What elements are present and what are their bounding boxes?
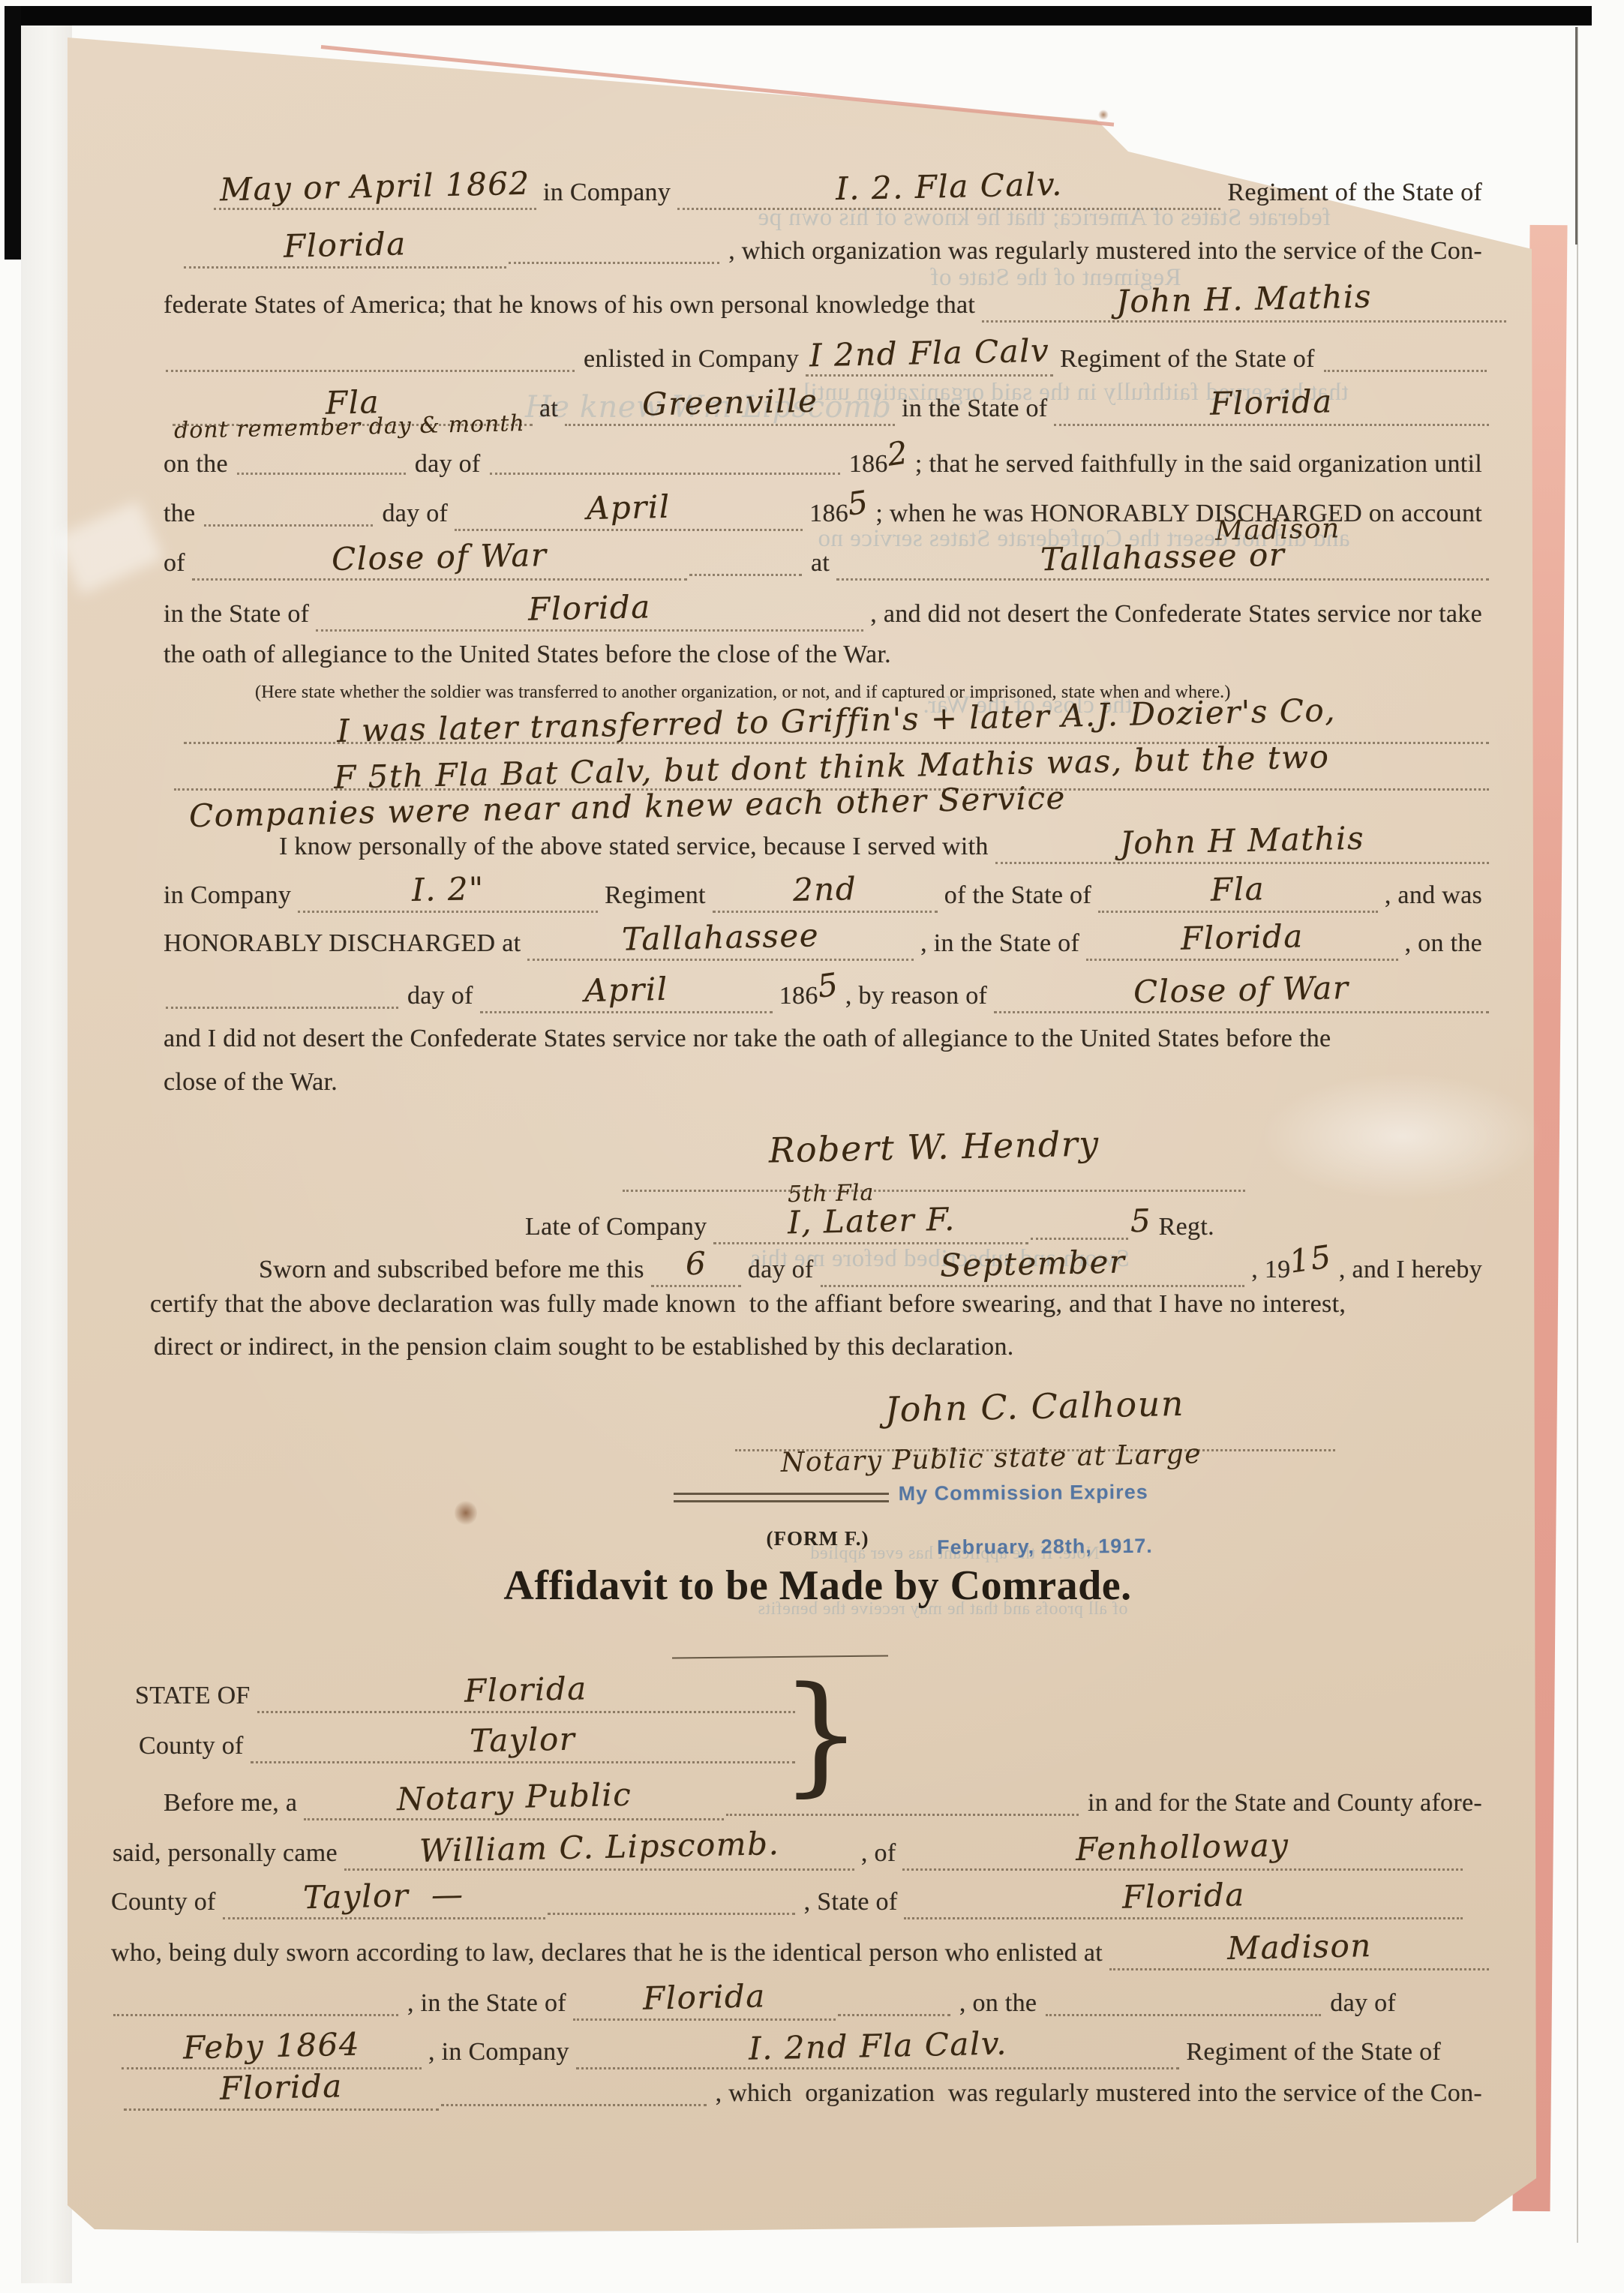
form-line: direct or indirect, in the pension claim… — [154, 1333, 1021, 1361]
handwritten-entry: I 2nd Fla Calv — [809, 332, 1050, 374]
form-line: the oath of allegiance to the United Sta… — [164, 641, 898, 669]
typed-text: the — [164, 500, 202, 528]
handwritten-entry: Tallahassee — [622, 917, 820, 957]
form-line: Companies were near and knew each other … — [189, 791, 1066, 828]
form-line: County of Taylor — [139, 1724, 795, 1763]
typed-text: , and did not desert the Confederate Sta… — [863, 600, 1489, 629]
filled-blank: Florida — [124, 2072, 439, 2111]
filled-blank: Florida — [1054, 387, 1489, 426]
typed-text: Sworn and subscribed before me this — [259, 1256, 651, 1284]
handwritten-entry: 5th Fla — [788, 1180, 875, 1208]
typed-text: , State of — [797, 1888, 905, 1916]
handwritten-entry: I. 2. Fla Calv. — [835, 166, 1063, 207]
filled-blank: Florida — [573, 1982, 836, 2021]
form-line: HONORABLY DISCHARGED at Tallahassee , in… — [164, 922, 1489, 961]
dotted-blank — [204, 523, 373, 527]
handwritten-entry: April — [587, 488, 671, 527]
filled-blank: 6 — [651, 1248, 741, 1287]
typed-text: County of — [111, 1888, 223, 1916]
dotted-blank — [726, 1812, 1079, 1816]
form-line: federate States of America; that he know… — [164, 284, 1506, 323]
filled-blank: William C. Lipscomb. — [344, 1832, 854, 1871]
filled-blank: Close of War — [994, 974, 1489, 1013]
typed-text: I know personally of the above stated se… — [279, 833, 995, 861]
typed-text: , and was — [1378, 881, 1489, 910]
typed-text: , which organization was regularly muste… — [722, 237, 1489, 266]
handwritten-entry: John H Mathis — [1119, 820, 1364, 862]
typed-text: day of — [401, 982, 480, 1010]
typed-text: , on the — [1398, 929, 1489, 958]
scan-glare — [1260, 1073, 1545, 1200]
filled-blank: May or April 1862 — [214, 171, 536, 210]
handwritten-entry: Fla — [1211, 870, 1265, 908]
typed-text: , in Company — [422, 2038, 576, 2066]
filled-blank: John H Mathis — [995, 825, 1489, 864]
handwritten-entry: I. 2" — [411, 870, 485, 908]
handwritten-entry: Robert W. Hendry — [768, 1123, 1100, 1190]
handwritten-entry: Florida — [1180, 917, 1304, 956]
filled-blank: John H. Mathis — [982, 284, 1506, 323]
filled-blank: Florida — [257, 1674, 795, 1713]
handwritten-entry: 2 — [884, 434, 911, 473]
form-line: enlisted in Company I 2nd Fla Calv Regim… — [164, 338, 1489, 377]
typed-text: day of — [375, 500, 455, 528]
signature-robert-w-hendry: Robert W. Hendry — [623, 1130, 1245, 1192]
filled-blank: I. 2" — [298, 874, 598, 913]
filled-blank: Feby 1864 — [122, 2030, 422, 2069]
filled-blank: I, Later F. — [713, 1205, 1028, 1244]
filled-blank: Notary Public — [304, 1781, 724, 1820]
typed-text: and I did not desert the Confederate Sta… — [164, 1025, 1337, 1053]
handwritten-entry: Florida — [528, 588, 652, 627]
dotted-blank — [548, 1911, 795, 1915]
form-line: Florida , which organization was regular… — [184, 230, 1489, 269]
typed-text: close of the War. — [164, 1068, 344, 1097]
interlined-note: dont remember day & month — [174, 417, 525, 443]
form-line: May or April 1862 in Company I. 2. Fla C… — [214, 171, 1489, 210]
typed-text: Late of Company — [525, 1213, 713, 1241]
handwritten-entry: Florida — [1121, 1876, 1245, 1915]
typed-text: Before me, a — [164, 1789, 304, 1817]
typed-text: certify that the above declaration was f… — [150, 1290, 1352, 1319]
typed-text: in and for the State and County afore- — [1081, 1789, 1489, 1817]
filled-blank: Greenville — [565, 387, 895, 426]
form-line: , in the State of Florida , on the day o… — [111, 1982, 1403, 2021]
filled-blank: Taylor — — [223, 1880, 545, 1919]
handwritten-entry: Florida — [464, 1670, 588, 1709]
handwritten-entry: May or April 1862 — [220, 165, 531, 209]
interlined-note: Madison — [1215, 518, 1340, 548]
filled-blank: Florida — [1086, 922, 1398, 961]
filled-blank: I. 2. Fla Calv. — [677, 171, 1220, 210]
dotted-blank — [441, 2102, 707, 2106]
handwritten-entry: 2nd — [793, 870, 857, 908]
typed-text: Regiment of the State of — [1179, 2038, 1448, 2066]
typed-text: , in the State of — [401, 1989, 573, 2018]
handwritten-entry: Greenville — [642, 383, 818, 423]
form-line: I know personally of the above stated se… — [279, 825, 1489, 864]
typed-text: , of — [854, 1839, 903, 1868]
form-line: in Company I. 2" Regiment 2nd of the Sta… — [164, 874, 1489, 913]
handwritten-entry: Florida — [220, 2067, 344, 2106]
typed-text: of — [164, 549, 192, 578]
filled-blank: Fla — [1098, 874, 1378, 913]
form-line: said, personally came William C. Lipscom… — [113, 1832, 1463, 1871]
typed-text: ; that he served faithfully in the said … — [908, 450, 1489, 479]
typed-text: in the State of — [895, 395, 1054, 423]
typed-text: , which organization was regularly muste… — [709, 2079, 1489, 2108]
typed-text: ; when he was HONORABLY DISCHARGED on ac… — [869, 500, 1489, 528]
form-line: STATE OF Florida — [135, 1674, 795, 1713]
typed-text: Regiment of the State of — [1053, 345, 1322, 374]
form-line: close of the War. — [164, 1068, 344, 1097]
typed-text: STATE OF — [135, 1682, 257, 1710]
handwritten-entry: September — [939, 1243, 1125, 1283]
handwritten-entry: Taylor — [470, 1721, 576, 1760]
filled-blank: Taylor — [251, 1724, 795, 1763]
filled-blank: Florida — [184, 230, 506, 269]
form-line: certify that the above declaration was f… — [150, 1290, 1352, 1319]
typed-text: Regt. — [1152, 1213, 1221, 1241]
handwritten-entry: 5 — [845, 483, 872, 522]
dotted-blank — [1031, 1236, 1128, 1240]
typed-text: day of — [741, 1256, 821, 1284]
typed-text: Regiment of the State of — [1220, 179, 1489, 207]
typed-text: in Company — [164, 881, 298, 910]
handwritten-entry: 6 — [685, 1245, 707, 1283]
dotted-blank — [1046, 2012, 1321, 2016]
handwritten-entry: Close of War — [1133, 969, 1349, 1010]
typed-text: day of — [408, 450, 488, 479]
typed-text: in the State of — [164, 600, 316, 629]
filled-blank: Close of War — [192, 542, 687, 581]
dotted-blank — [166, 368, 575, 372]
filled-blank: I 2nd Fla Calv — [806, 338, 1053, 377]
handwritten-entry: Fenholloway — [1076, 1826, 1289, 1868]
typed-text: , in the State of — [914, 929, 1086, 958]
typed-text: HONORABLY DISCHARGED at — [164, 929, 527, 958]
form-line: in the State of Florida , and did not de… — [164, 593, 1489, 632]
form-line: Late of Company I, Later F. 5 Regt. — [525, 1205, 1429, 1244]
filled-blank: September — [821, 1248, 1245, 1287]
typed-text: in Company — [536, 179, 677, 207]
form-line: Feby 1864 , in Company I. 2nd Fla Calv. … — [122, 2030, 1448, 2069]
typed-text: who, being duly sworn according to law, … — [111, 1939, 1109, 1967]
typed-text: , on the — [953, 1989, 1043, 2018]
filled-blank: Tallahassee — [527, 922, 914, 961]
form-line: on the day of 186 2 ; that he served fai… — [164, 443, 1489, 479]
handwritten-entry: Florida — [284, 225, 407, 264]
stamp-line-1: My Commission Expires — [899, 1481, 1148, 1505]
handwritten-entry: William C. Lipscomb. — [419, 1825, 779, 1869]
dotted-blank — [113, 2012, 398, 2016]
double-rule — [674, 1493, 889, 1502]
typed-text: at — [804, 549, 836, 578]
filled-blank: April — [455, 492, 803, 531]
handwritten-entry: 5 — [1130, 1202, 1152, 1240]
filled-blank: 2nd — [713, 874, 938, 913]
typed-text: enlisted in Company — [577, 345, 806, 374]
typed-text: , and I hereby — [1332, 1256, 1489, 1284]
handwritten-entry: Feby 1864 — [182, 2026, 360, 2066]
scanned-pension-document: federate States of America; that he know… — [0, 0, 1624, 2293]
handwritten-entry: Madison — [1226, 1927, 1372, 1967]
dotted-blank — [237, 471, 406, 475]
dotted-blank — [509, 260, 719, 264]
typed-text: County of — [139, 1732, 251, 1760]
typed-text: said, personally came — [113, 1839, 344, 1868]
handwritten-entry: Madison — [1215, 513, 1341, 546]
handwritten-entry: Notary Public — [396, 1776, 632, 1818]
typed-text: of the State of — [938, 881, 1098, 910]
handwritten-entry: Florida — [642, 1977, 766, 2016]
typed-text: on the — [164, 450, 235, 479]
dotted-blank — [1324, 368, 1487, 372]
filled-blank: Tallahassee or — [836, 542, 1489, 581]
filled-blank: I. 2nd Fla Calv. — [576, 2030, 1180, 2069]
form-line: Sworn and subscribed before me this 6 da… — [259, 1248, 1489, 1287]
typed-text: federate States of America; that he know… — [164, 291, 982, 320]
handwritten-entry: Close of War — [332, 536, 548, 578]
typed-text: the oath of allegiance to the United Sta… — [164, 641, 898, 669]
filled-blank: Florida — [904, 1880, 1463, 1919]
typed-text: direct or indirect, in the pension claim… — [154, 1333, 1021, 1361]
form-line: County of Taylor — , State of Florida — [111, 1880, 1463, 1919]
state-county-brace: } — [780, 1674, 862, 1794]
small-stain — [1098, 110, 1109, 120]
ink-stain — [455, 1500, 477, 1526]
handwritten-entry: I. 2nd Fla Calv. — [748, 2024, 1007, 2066]
filled-blank: Madison — [1109, 1931, 1489, 1970]
typed-text: , by reason of — [839, 982, 994, 1010]
typed-text: Regiment — [598, 881, 713, 910]
typed-text: at — [533, 395, 565, 423]
dotted-blank — [166, 1005, 398, 1009]
filled-blank: Fenholloway — [902, 1832, 1463, 1871]
typed-text: day of — [1323, 1989, 1403, 2018]
handwritten-entry: 15 — [1287, 1238, 1334, 1280]
stamp-line-2: February, 28th, 1917. — [937, 1535, 1153, 1559]
dotted-blank — [838, 2012, 950, 2016]
dotted-blank — [490, 471, 840, 475]
handwritten-entry: Taylor — — [303, 1876, 465, 1916]
interlined-note: 5th Fla — [788, 1184, 874, 1210]
handwritten-entry: John H. Mathis — [1116, 278, 1373, 320]
form-line: Florida , which organization was regular… — [124, 2072, 1489, 2111]
handwritten-entry: 5 — [815, 965, 841, 1004]
form-line: who, being duly sworn according to law, … — [111, 1931, 1489, 1970]
filled-blank: Florida — [316, 593, 863, 632]
form-line: day of April 186 5 , by reason of Close … — [164, 974, 1489, 1013]
filled-blank: April — [480, 974, 773, 1013]
handwritten-entry: Florida — [1210, 383, 1334, 422]
commission-stamp: My Commission Expires February, 28th, 19… — [899, 1478, 1154, 1588]
form-line: and I did not desert the Confederate Sta… — [164, 1025, 1337, 1053]
dotted-blank — [689, 572, 802, 576]
handwritten-entry: April — [584, 971, 668, 1009]
